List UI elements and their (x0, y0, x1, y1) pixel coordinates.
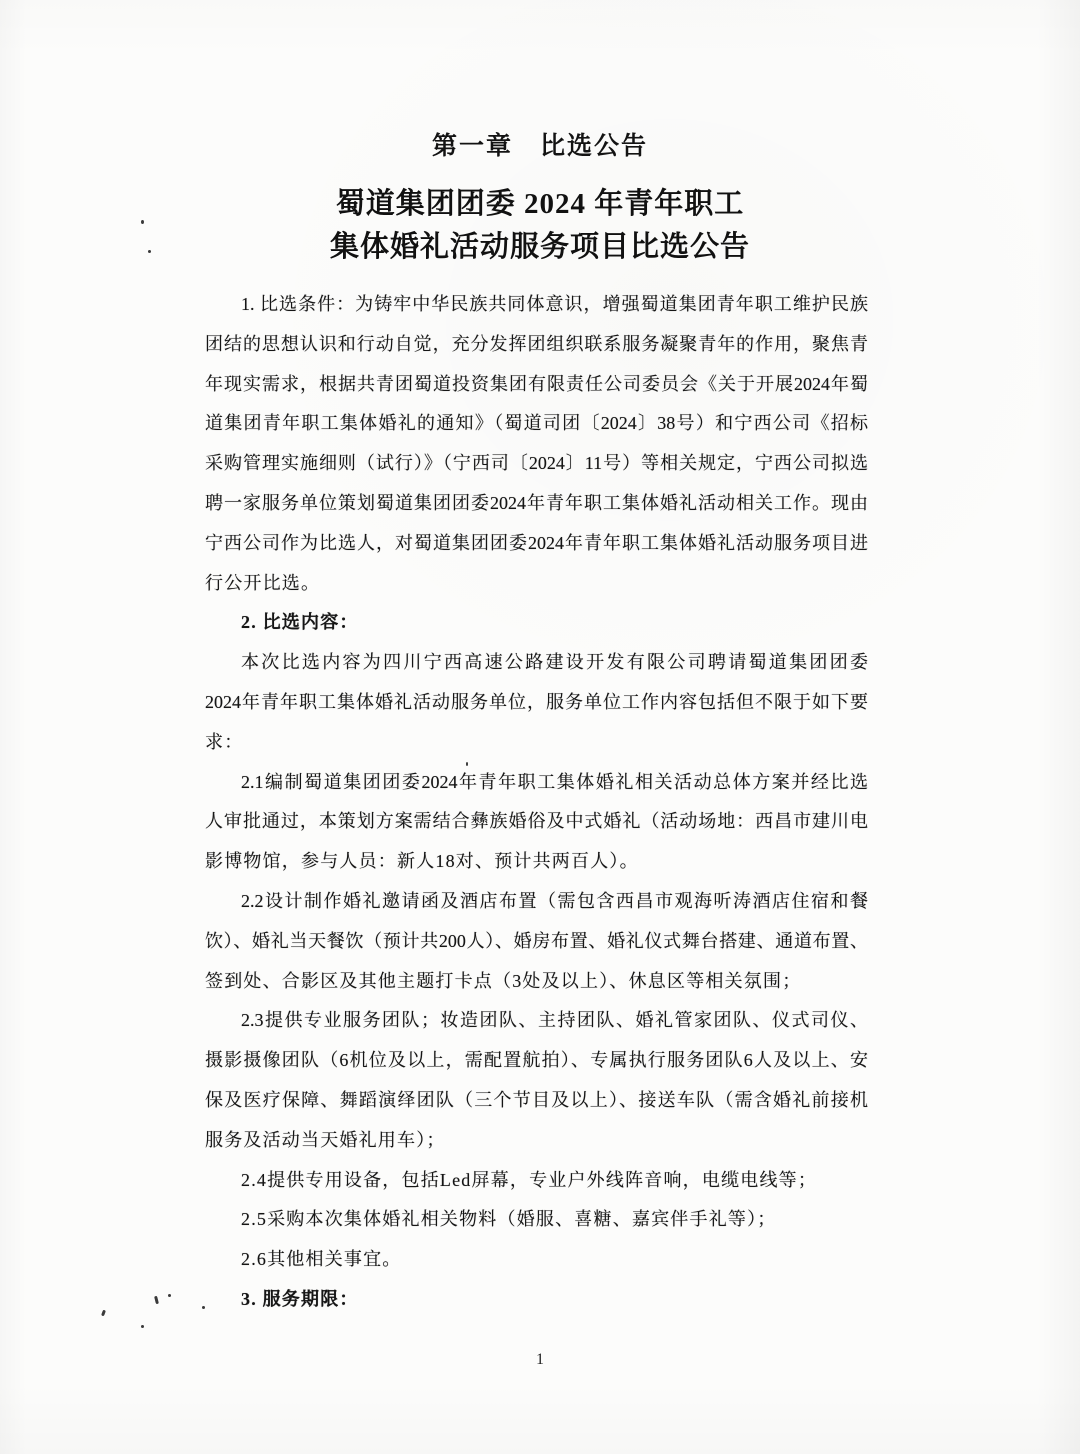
page-number: 1 (0, 1351, 1080, 1369)
scan-speck (154, 1296, 159, 1304)
text-line: 1. 比选条件：为铸牢中华民族共同体意识，增强蜀道集团青年职工维护民族 (205, 285, 868, 325)
text-line: 保及医疗保障、舞蹈演绎团队（三个节目及以上）、接送车队（需含婚礼前接机 (205, 1081, 868, 1121)
text-line: 2.3提供专业服务团队；妆造团队、主持团队、婚礼管家团队、仪式司仪、 (205, 1001, 868, 1041)
document-body: 1. 比选条件：为铸牢中华民族共同体意识，增强蜀道集团青年职工维护民族团结的思想… (205, 285, 868, 1320)
text-line: 影博物馆，参与人员：新人18对、预计共两百人）。 (205, 842, 868, 882)
text-line: 采购管理实施细则（试行）》（宁西司〔2024〕11号）等相关规定，宁西公司拟选 (205, 444, 868, 484)
text-line: 2.5采购本次集体婚礼相关物料（婚服、喜糖、嘉宾伴手礼等）； (205, 1200, 868, 1240)
scan-speck (141, 1325, 144, 1328)
text-line: 人审批通过，本策划方案需结合彝族婚俗及中式婚礼（活动场地：西昌市建川电 (205, 802, 868, 842)
document-title-line-2: 集体婚礼活动服务项目比选公告 (0, 224, 1080, 265)
text-line: 求： (205, 723, 868, 763)
text-line: 签到处、合影区及其他主题打卡点（3处及以上）、休息区等相关氛围； (205, 962, 868, 1002)
scanned-document-page: 第一章 比选公告 蜀道集团团委 2024 年青年职工 集体婚礼活动服务项目比选公… (0, 0, 1080, 1454)
text-line: 道集团青年职工集体婚礼的通知》（蜀道司团〔2024〕38号）和宁西公司《招标 (205, 404, 868, 444)
text-line: 饮）、婚礼当天餐饮（预计共200人）、婚房布置、婚礼仪式舞台搭建、通道布置、 (205, 922, 868, 962)
chapter-heading: 第一章 比选公告 (0, 126, 1080, 162)
text-line: 2.4提供专用设备，包括Led屏幕，专业户外线阵音响，电缆电线等； (205, 1161, 868, 1201)
document-title-line-1: 蜀道集团团委 2024 年青年职工 (0, 181, 1080, 222)
text-line: 团结的思想认识和行动自觉，充分发挥团组织联系服务凝聚青年的作用，聚焦青 (205, 325, 868, 365)
text-line: 聘一家服务单位策划蜀道集团团委2024年青年职工集体婚礼活动相关工作。现由 (205, 484, 868, 524)
section-heading-line: 2. 比选内容： (205, 603, 868, 643)
scan-speck (101, 1310, 106, 1317)
text-line: 年现实需求，根据共青团蜀道投资集团有限责任公司委员会《关于开展2024年蜀 (205, 365, 868, 405)
text-line: 2.2设计制作婚礼邀请函及酒店布置（需包含西昌市观海听涛酒店住宿和餐 (205, 882, 868, 922)
text-line: 行公开比选。 (205, 564, 868, 604)
text-line: 2024年青年职工集体婚礼活动服务单位，服务单位工作内容包括但不限于如下要 (205, 683, 868, 723)
text-line: 摄影摄像团队（6机位及以上，需配置航拍）、专属执行服务团队6人及以上、安 (205, 1041, 868, 1081)
text-line: 本次比选内容为四川宁西高速公路建设开发有限公司聘请蜀道集团团委 (205, 643, 868, 683)
section-heading-line: 3. 服务期限： (205, 1280, 868, 1320)
scan-speck (168, 1294, 171, 1297)
text-line: 宁西公司作为比选人，对蜀道集团团委2024年青年职工集体婚礼活动服务项目进 (205, 524, 868, 564)
text-line: 2.1编制蜀道集团团委2024年青年职工集体婚礼相关活动总体方案并经比选 (205, 763, 868, 803)
text-line: 服务及活动当天婚礼用车）； (205, 1121, 868, 1161)
text-line: 2.6其他相关事宜。 (205, 1240, 868, 1280)
